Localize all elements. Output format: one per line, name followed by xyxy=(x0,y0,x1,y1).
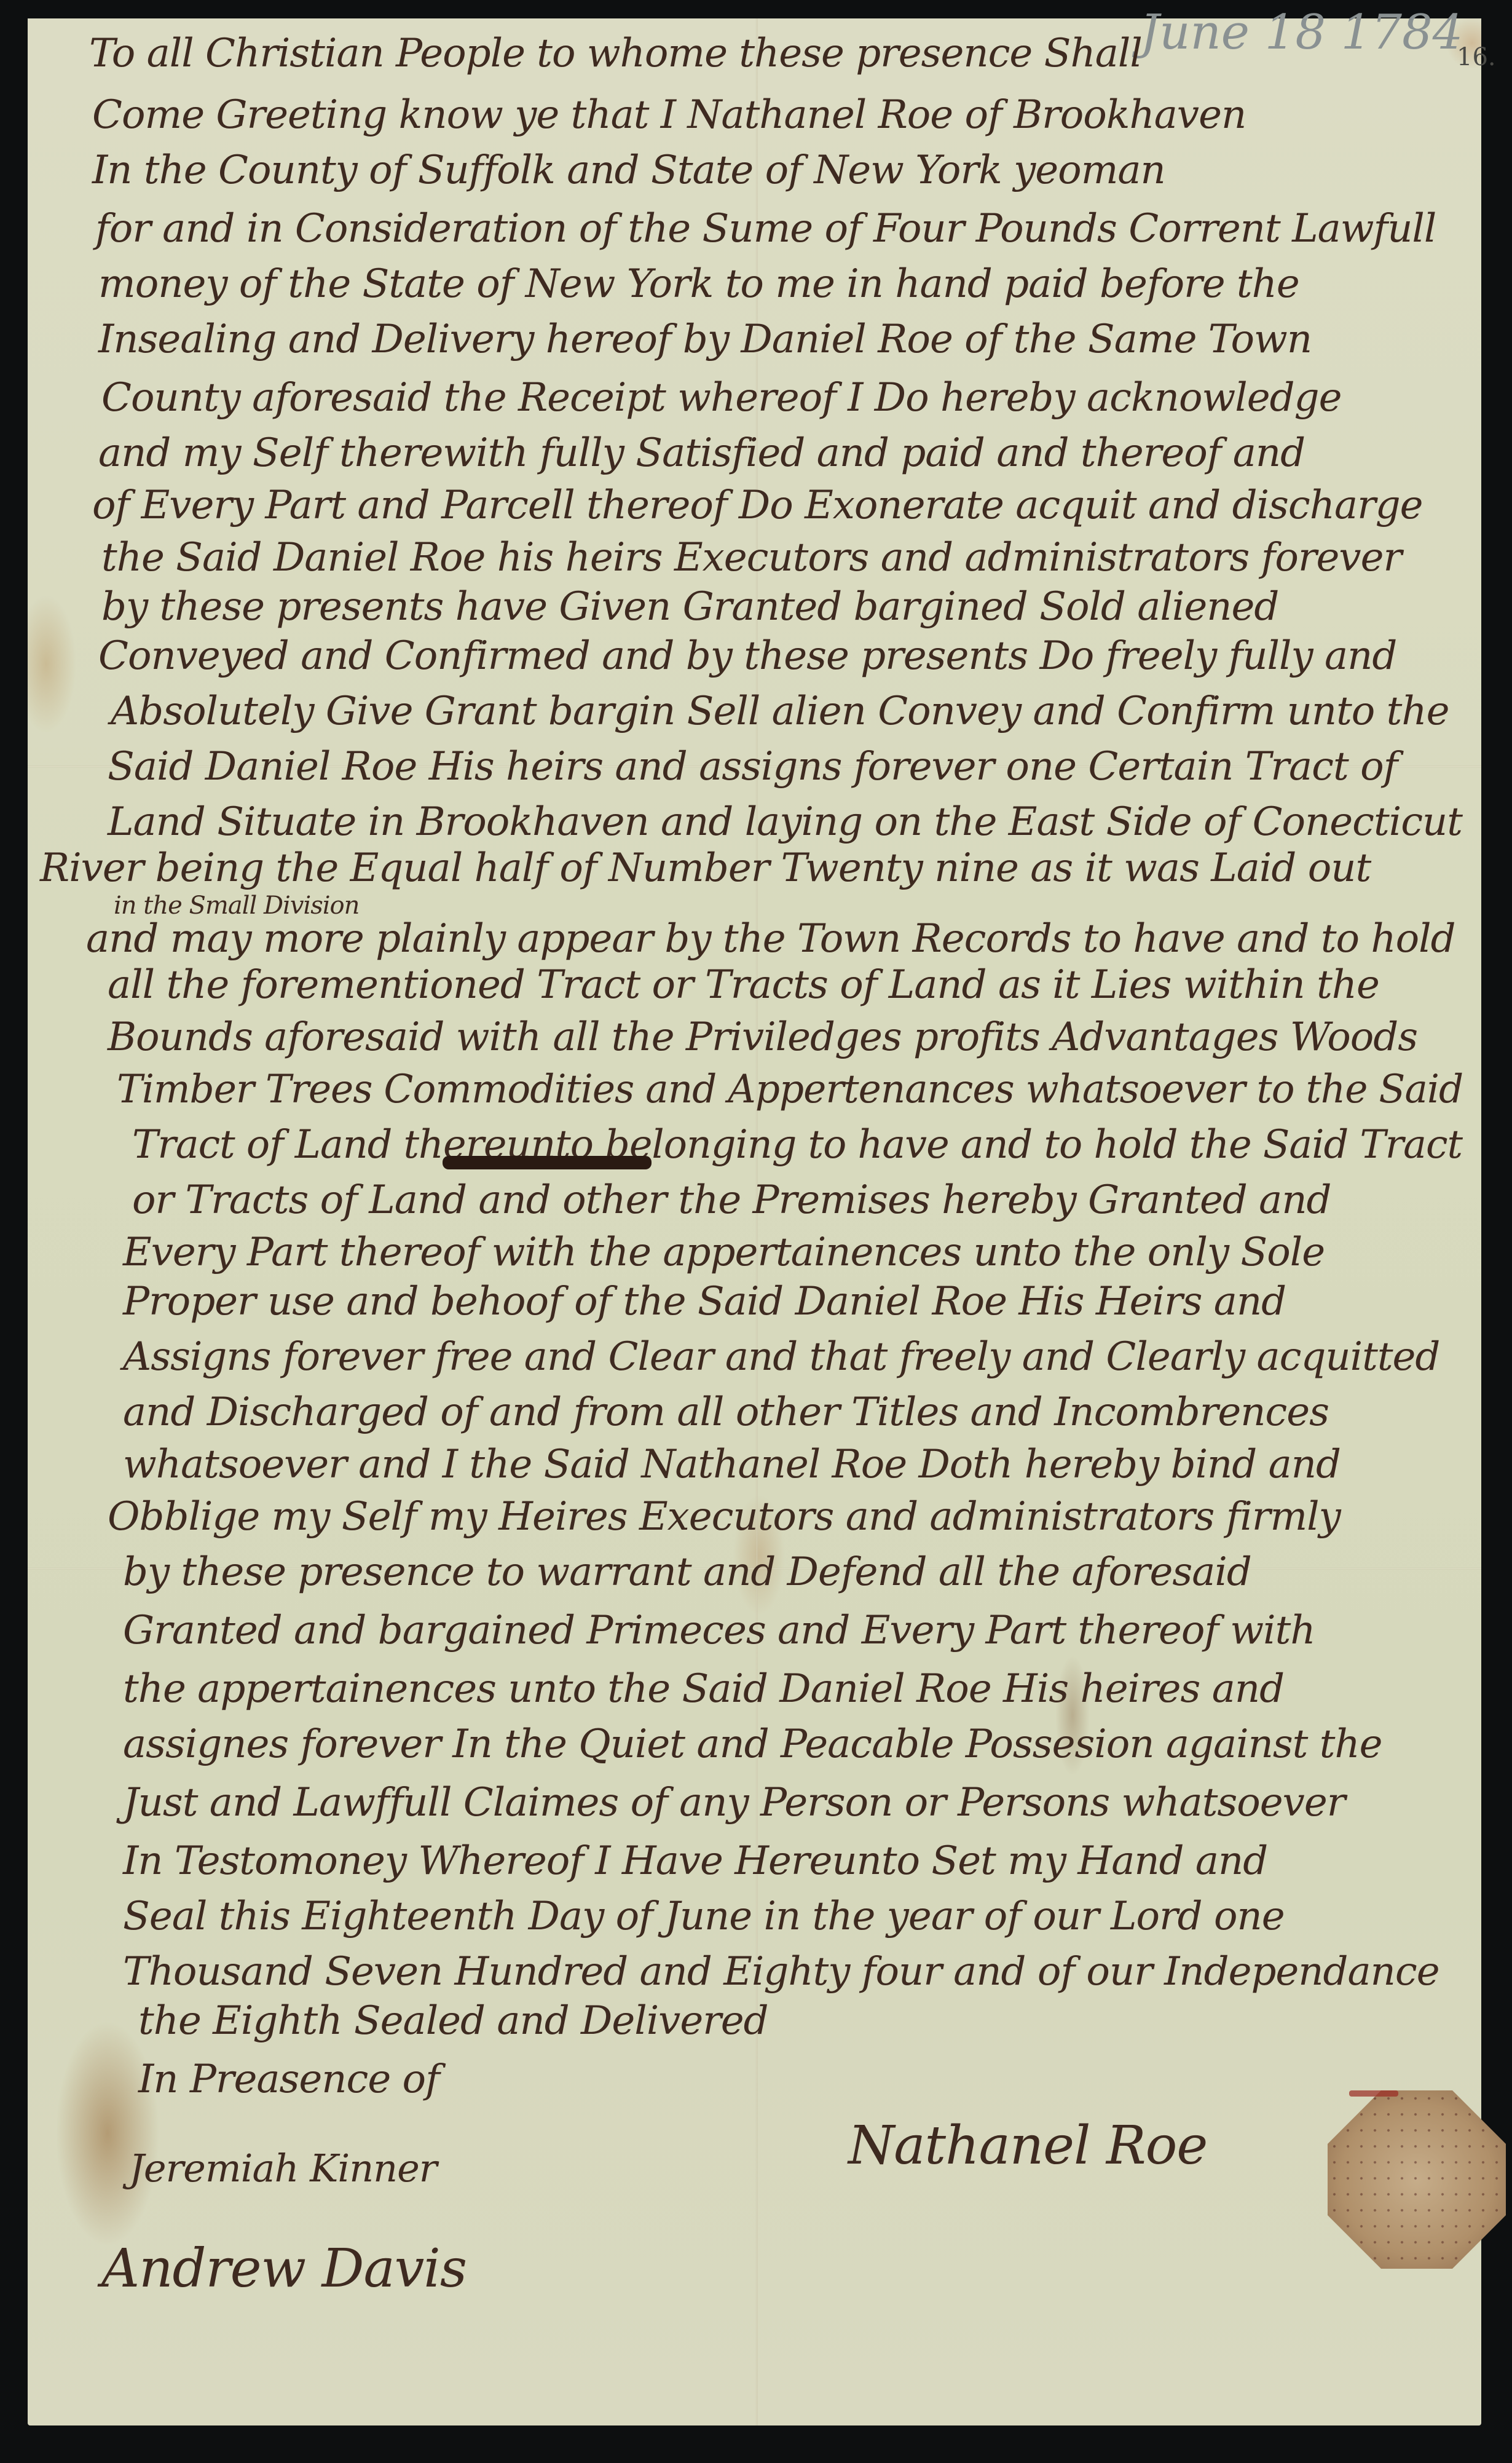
text-line: In Testomoney Whereof I Have Hereunto Se… xyxy=(123,1838,1267,1884)
text-line: the appertainences unto the Said Daniel … xyxy=(123,1666,1284,1712)
text-line: River being the Equal half of Number Twe… xyxy=(40,845,1371,891)
text-line: and Discharged of and from all other Tit… xyxy=(123,1390,1329,1435)
text-line: the Eighth Sealed and Delivered xyxy=(138,1998,768,2044)
text-line: County aforesaid the Receipt whereof I D… xyxy=(101,375,1341,421)
text-line: Thousand Seven Hundred and Eighty four a… xyxy=(123,1949,1439,1995)
text-line: Tract of Land thereunto belonging to hav… xyxy=(132,1122,1462,1168)
text-line: Obblige my Self my Heires Executors and … xyxy=(108,1494,1341,1540)
text-line: Come Greeting know ye that I Nathanel Ro… xyxy=(92,92,1246,138)
grantor-signature: Nathanel Roe xyxy=(848,2115,1207,2176)
witness-signature: Jeremiah Kinner xyxy=(129,2146,436,2191)
text-line: and may more plainly appear by the Town … xyxy=(86,916,1455,962)
text-line: for and in Consideration of the Sume of … xyxy=(95,206,1436,251)
text-line: Absolutely Give Grant bargin Sell alien … xyxy=(111,689,1449,734)
text-line: In Preasence of xyxy=(138,2057,439,2102)
text-line: Land Situate in Brookhaven and laying on… xyxy=(108,799,1462,845)
text-line: To all Christian People to whome these p… xyxy=(89,31,1142,76)
wax-seal xyxy=(1328,2090,1506,2269)
text-line: of Every Part and Parcell thereof Do Exo… xyxy=(92,483,1423,528)
text-line: Seal this Eighteenth Day of June in the … xyxy=(123,1894,1285,1939)
witness-signature: Andrew Davis xyxy=(101,2238,467,2299)
page-number: 16. xyxy=(1457,43,1496,71)
seal-texture xyxy=(1328,2090,1506,2269)
text-line: assignes forever In the Quiet and Peacab… xyxy=(123,1722,1382,1767)
text-line: Insealing and Delivery hereof by Daniel … xyxy=(98,317,1312,362)
struck-out-word xyxy=(443,1156,652,1169)
text-line: Timber Trees Commodities and Appertenanc… xyxy=(117,1067,1463,1112)
text-line: In the County of Suffolk and State of Ne… xyxy=(92,148,1165,193)
text-line: by these presence to warrant and Defend … xyxy=(123,1549,1251,1595)
text-line: Assigns forever free and Clear and that … xyxy=(123,1334,1439,1380)
text-line: Every Part thereof with the appertainenc… xyxy=(123,1230,1325,1275)
seal-red-wax xyxy=(1349,2090,1398,2097)
text-line: or Tracts of Land and other the Premises… xyxy=(132,1177,1331,1223)
text-line: by these presents have Given Granted bar… xyxy=(101,584,1278,630)
text-line: all the forementioned Tract or Tracts of… xyxy=(108,962,1379,1008)
text-line: Granted and bargained Primeces and Every… xyxy=(123,1608,1315,1653)
text-line: whatsoever and I the Said Nathanel Roe D… xyxy=(123,1442,1341,1487)
text-line: and my Self therewith fully Satisfied an… xyxy=(98,430,1305,476)
pencil-date-annotation: June 18 1784 xyxy=(1140,5,1463,60)
text-line: Just and Lawffull Claimes of any Person … xyxy=(123,1780,1345,1825)
text-line: Said Daniel Roe His heirs and assigns fo… xyxy=(108,744,1397,789)
text-line: the Said Daniel Roe his heirs Executors … xyxy=(101,535,1401,580)
text-line: Conveyed and Confirmed and by these pres… xyxy=(98,633,1396,679)
text-line: Bounds aforesaid with all the Priviledge… xyxy=(108,1014,1417,1060)
text-line: money of the State of New York to me in … xyxy=(98,261,1299,307)
text-line: Proper use and behoof of the Said Daniel… xyxy=(123,1279,1286,1324)
